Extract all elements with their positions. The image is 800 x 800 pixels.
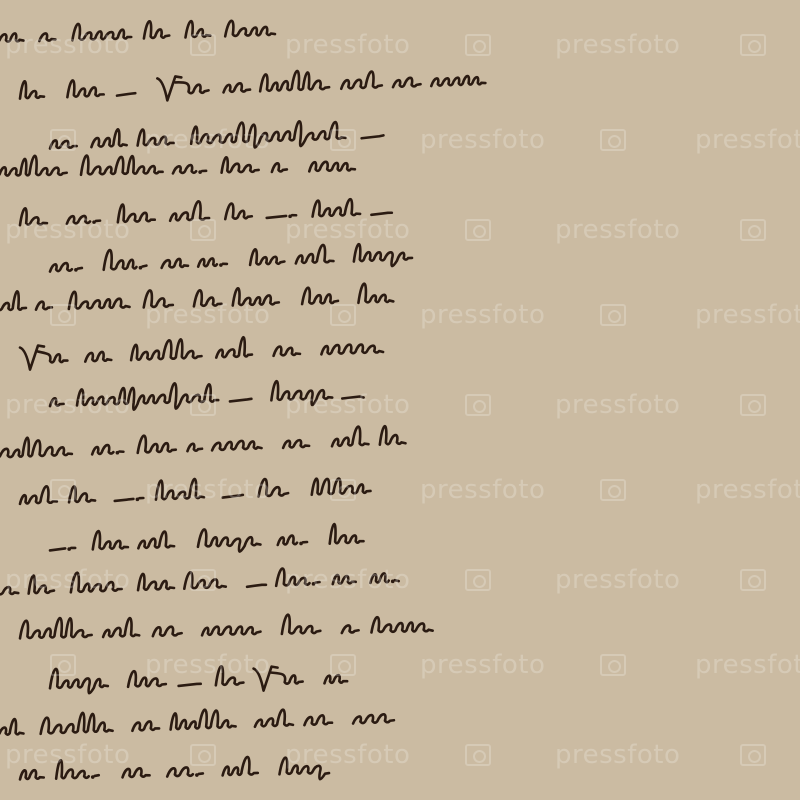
handwritten-word bbox=[309, 162, 355, 172]
handwritten-word bbox=[117, 93, 135, 95]
handwritten-word bbox=[0, 156, 67, 176]
handwritten-word bbox=[371, 213, 391, 215]
watermark-camera-icon bbox=[190, 569, 216, 591]
handwritten-word bbox=[260, 71, 329, 91]
handwritten-word bbox=[85, 352, 111, 362]
handwritten-word bbox=[115, 498, 144, 502]
handwritten-word bbox=[20, 770, 44, 779]
watermark-camera-icon bbox=[740, 34, 766, 56]
watermark-camera-icon bbox=[740, 744, 766, 766]
handwritten-word bbox=[324, 675, 347, 683]
handwriting-pattern-image: pressfotopressfotopressfotopressfotopres… bbox=[0, 0, 800, 800]
watermark-camera-icon bbox=[600, 304, 626, 326]
handwritten-word bbox=[20, 618, 92, 638]
watermark-camera-icon bbox=[330, 304, 356, 326]
watermark-camera-icon bbox=[600, 654, 626, 676]
watermark-camera-icon bbox=[740, 569, 766, 591]
handwritten-word bbox=[0, 719, 23, 735]
handwritten-word bbox=[358, 284, 393, 303]
watermark-camera-icon bbox=[740, 219, 766, 241]
handwritten-word bbox=[371, 617, 432, 632]
handwriting-strokes bbox=[0, 0, 800, 800]
handwritten-word bbox=[313, 199, 361, 216]
handwritten-word bbox=[274, 347, 300, 356]
handwritten-word bbox=[370, 573, 398, 583]
handwritten-word bbox=[20, 208, 47, 225]
handwritten-word bbox=[56, 760, 99, 779]
handwritten-word bbox=[179, 684, 201, 686]
handwritten-word bbox=[187, 444, 202, 451]
handwritten-word bbox=[222, 157, 259, 172]
handwritten-word bbox=[296, 245, 334, 263]
handwritten-word bbox=[278, 536, 307, 546]
handwritten-word bbox=[202, 627, 260, 636]
handwritten-word bbox=[380, 426, 406, 445]
handwritten-word bbox=[93, 531, 128, 549]
handwritten-word bbox=[233, 288, 279, 305]
watermark-camera-icon bbox=[50, 304, 76, 326]
handwritten-word bbox=[194, 290, 222, 306]
handwritten-word bbox=[138, 436, 176, 453]
handwritten-word bbox=[198, 258, 227, 266]
handwritten-word bbox=[156, 479, 204, 500]
watermark-camera-icon bbox=[330, 654, 356, 676]
handwritten-word bbox=[138, 574, 174, 590]
handwritten-word bbox=[20, 346, 67, 370]
handwritten-word bbox=[153, 627, 182, 636]
handwritten-word bbox=[279, 758, 329, 780]
handwritten-word bbox=[131, 339, 201, 360]
handwritten-word bbox=[67, 80, 103, 97]
handwritten-word bbox=[167, 767, 203, 776]
handwritten-word bbox=[302, 288, 338, 304]
handwritten-word bbox=[247, 585, 266, 587]
handwritten-word bbox=[20, 81, 44, 98]
handwritten-word bbox=[92, 445, 123, 454]
handwritten-word bbox=[123, 768, 150, 777]
watermark-camera-icon bbox=[465, 744, 491, 766]
watermark-camera-icon bbox=[50, 479, 76, 501]
handwritten-word bbox=[50, 398, 64, 406]
handwritten-word bbox=[254, 667, 303, 691]
handwritten-word bbox=[431, 76, 485, 86]
handwritten-word bbox=[225, 21, 275, 37]
watermark-camera-icon bbox=[190, 394, 216, 416]
handwritten-word bbox=[191, 121, 345, 147]
handwritten-word bbox=[362, 135, 384, 138]
watermark-camera-icon bbox=[330, 479, 356, 501]
handwritten-word bbox=[157, 76, 208, 100]
handwritten-word bbox=[393, 78, 421, 87]
handwritten-word bbox=[212, 441, 261, 450]
handwritten-word bbox=[276, 569, 319, 586]
watermark-camera-icon bbox=[190, 34, 216, 56]
watermark-camera-icon bbox=[740, 394, 766, 416]
handwritten-word bbox=[271, 381, 332, 405]
handwritten-word bbox=[104, 250, 147, 270]
watermark-camera-icon bbox=[190, 744, 216, 766]
handwritten-word bbox=[50, 547, 75, 551]
handwritten-word bbox=[198, 529, 261, 551]
handwritten-word bbox=[138, 532, 174, 549]
handwritten-word bbox=[138, 130, 174, 146]
handwritten-word bbox=[39, 33, 55, 41]
handwritten-word bbox=[330, 524, 364, 544]
handwritten-word bbox=[67, 216, 100, 224]
watermark-camera-icon bbox=[330, 129, 356, 151]
handwritten-word bbox=[91, 129, 126, 147]
handwritten-word bbox=[272, 163, 287, 172]
handwritten-word bbox=[282, 615, 320, 634]
handwritten-word bbox=[230, 399, 251, 402]
watermark-camera-icon bbox=[465, 569, 491, 591]
handwritten-word bbox=[0, 438, 72, 458]
handwritten-word bbox=[72, 24, 131, 40]
handwritten-word bbox=[69, 292, 130, 309]
handwritten-word bbox=[342, 397, 363, 399]
handwritten-word bbox=[321, 345, 383, 355]
handwritten-word bbox=[132, 721, 159, 730]
handwritten-word bbox=[128, 671, 166, 687]
handwritten-word bbox=[341, 72, 382, 89]
handwritten-word bbox=[71, 573, 122, 593]
handwritten-word bbox=[259, 479, 288, 496]
watermark-camera-icon bbox=[50, 129, 76, 151]
handwritten-word bbox=[216, 666, 244, 685]
handwritten-word bbox=[118, 205, 155, 223]
handwritten-word bbox=[0, 577, 18, 595]
watermark-camera-icon bbox=[50, 654, 76, 676]
handwritten-word bbox=[0, 25, 24, 43]
handwritten-word bbox=[144, 290, 173, 307]
handwritten-word bbox=[225, 204, 252, 220]
handwritten-word bbox=[103, 618, 139, 637]
handwritten-word bbox=[223, 495, 243, 498]
handwritten-word bbox=[354, 244, 412, 266]
handwritten-word bbox=[173, 165, 206, 174]
handwritten-word bbox=[283, 440, 309, 448]
handwritten-word bbox=[333, 575, 356, 584]
handwritten-word bbox=[250, 249, 284, 265]
handwritten-word bbox=[332, 427, 368, 447]
handwritten-word bbox=[144, 21, 169, 38]
handwritten-word bbox=[267, 215, 296, 219]
watermark-camera-icon bbox=[600, 479, 626, 501]
handwritten-word bbox=[81, 156, 163, 175]
watermark-camera-icon bbox=[600, 129, 626, 151]
watermark-camera-icon bbox=[190, 219, 216, 241]
handwritten-word bbox=[224, 83, 251, 92]
handwritten-word bbox=[304, 715, 332, 725]
watermark-camera-icon bbox=[465, 34, 491, 56]
handwritten-word bbox=[255, 710, 293, 727]
handwritten-word bbox=[41, 713, 113, 734]
handwritten-word bbox=[29, 576, 54, 594]
handwritten-word bbox=[170, 201, 209, 221]
handwritten-word bbox=[171, 710, 236, 730]
handwritten-word bbox=[353, 714, 394, 723]
handwritten-word bbox=[50, 263, 82, 272]
handwritten-word bbox=[342, 625, 359, 633]
handwritten-word bbox=[223, 757, 258, 776]
watermark-camera-icon bbox=[465, 394, 491, 416]
watermark-camera-icon bbox=[465, 219, 491, 241]
handwritten-word bbox=[216, 337, 252, 357]
handwritten-word bbox=[0, 291, 26, 310]
handwritten-word bbox=[162, 259, 188, 268]
